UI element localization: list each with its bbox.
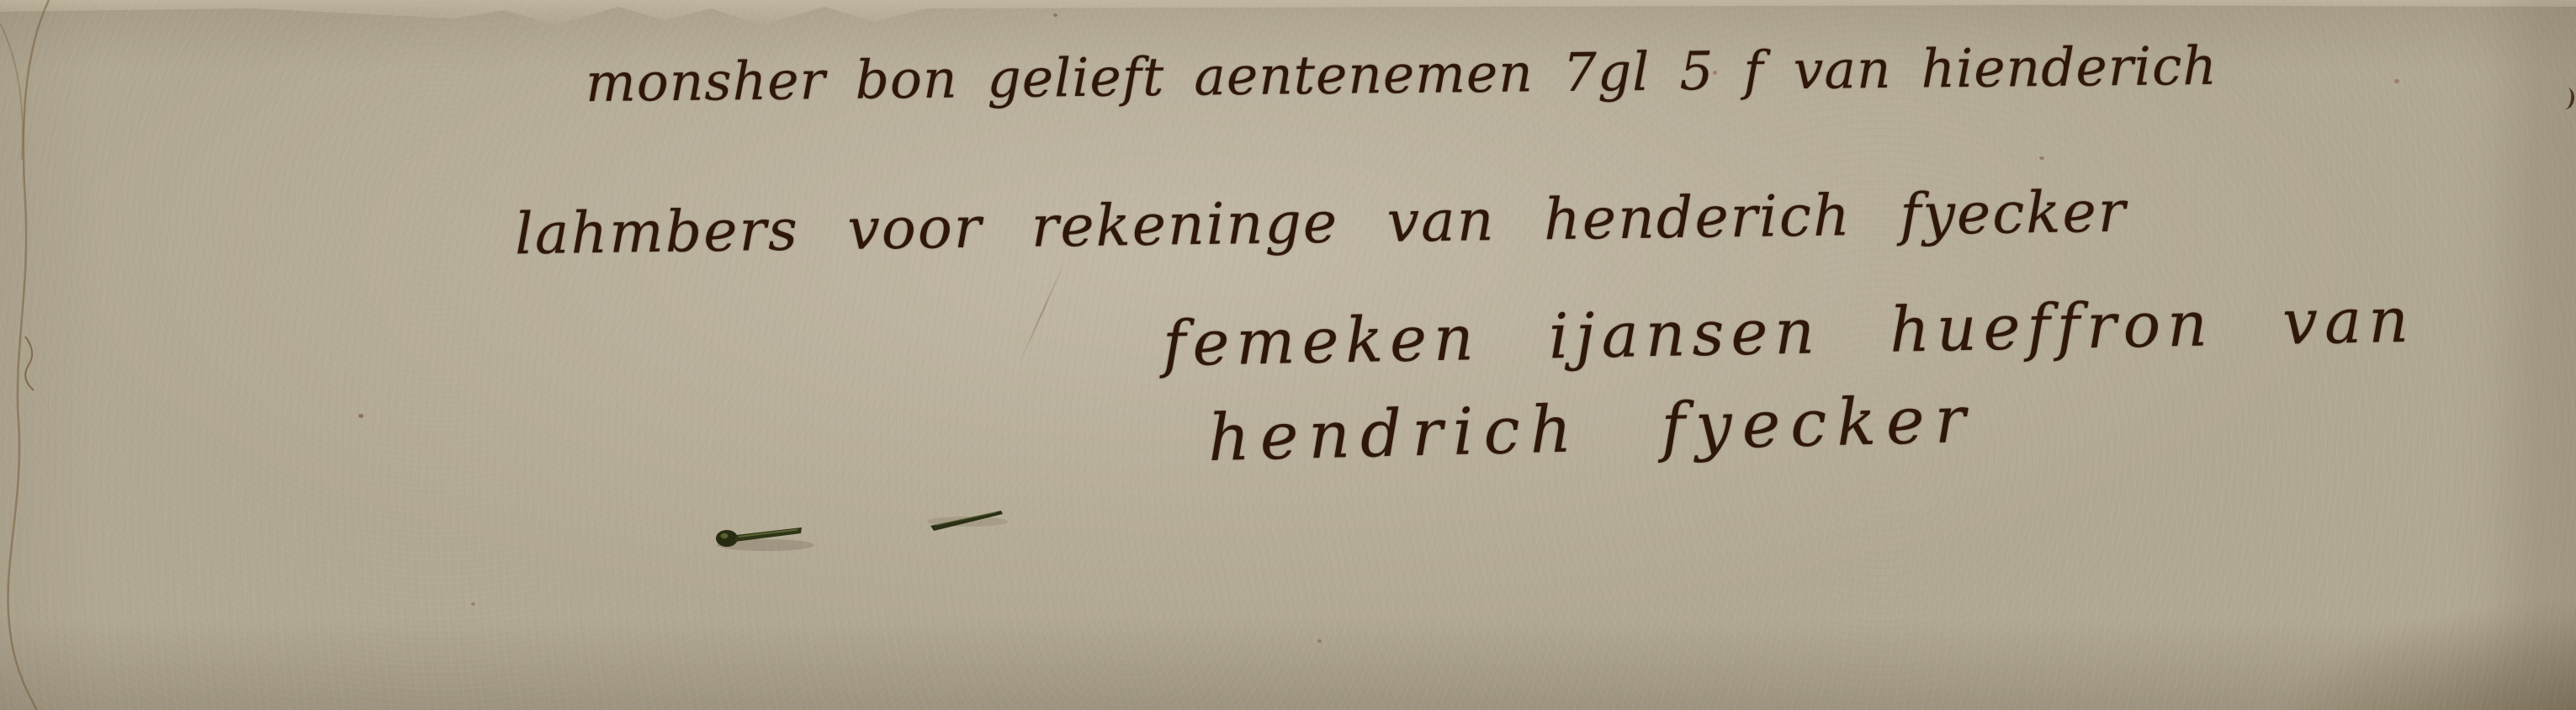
foxing-speck xyxy=(471,602,475,606)
paper-scratch xyxy=(1020,262,1066,363)
pin-head xyxy=(716,530,738,547)
pin-head-highlight xyxy=(721,533,729,538)
foxing-speck xyxy=(1317,639,1322,643)
document-photo: monsher bon gelieft aentenemen 7gl 5 f v… xyxy=(0,0,2576,710)
foxing-speck xyxy=(2039,156,2044,160)
ink-mark-right-edge xyxy=(2556,87,2575,111)
handwriting-line-4: hendrich fyecker xyxy=(1207,383,1976,476)
torn-edge-top xyxy=(0,0,2576,29)
foxing-speck xyxy=(358,414,363,418)
torn-edge-left-crack xyxy=(0,0,185,710)
foxing-speck xyxy=(1053,13,1057,17)
handwriting-line-1: monsher bon gelieft aentenemen 7gl 5 f v… xyxy=(586,35,2218,114)
right-edge-shadow xyxy=(2483,0,2576,710)
straight-pin xyxy=(707,498,1018,564)
handwriting-line-2: lahmbers voor rekeninge van henderich fy… xyxy=(515,179,2128,268)
handwriting-line-3: femeken ijansen hueffron van xyxy=(1162,284,2415,381)
foxing-speck xyxy=(2394,79,2399,83)
